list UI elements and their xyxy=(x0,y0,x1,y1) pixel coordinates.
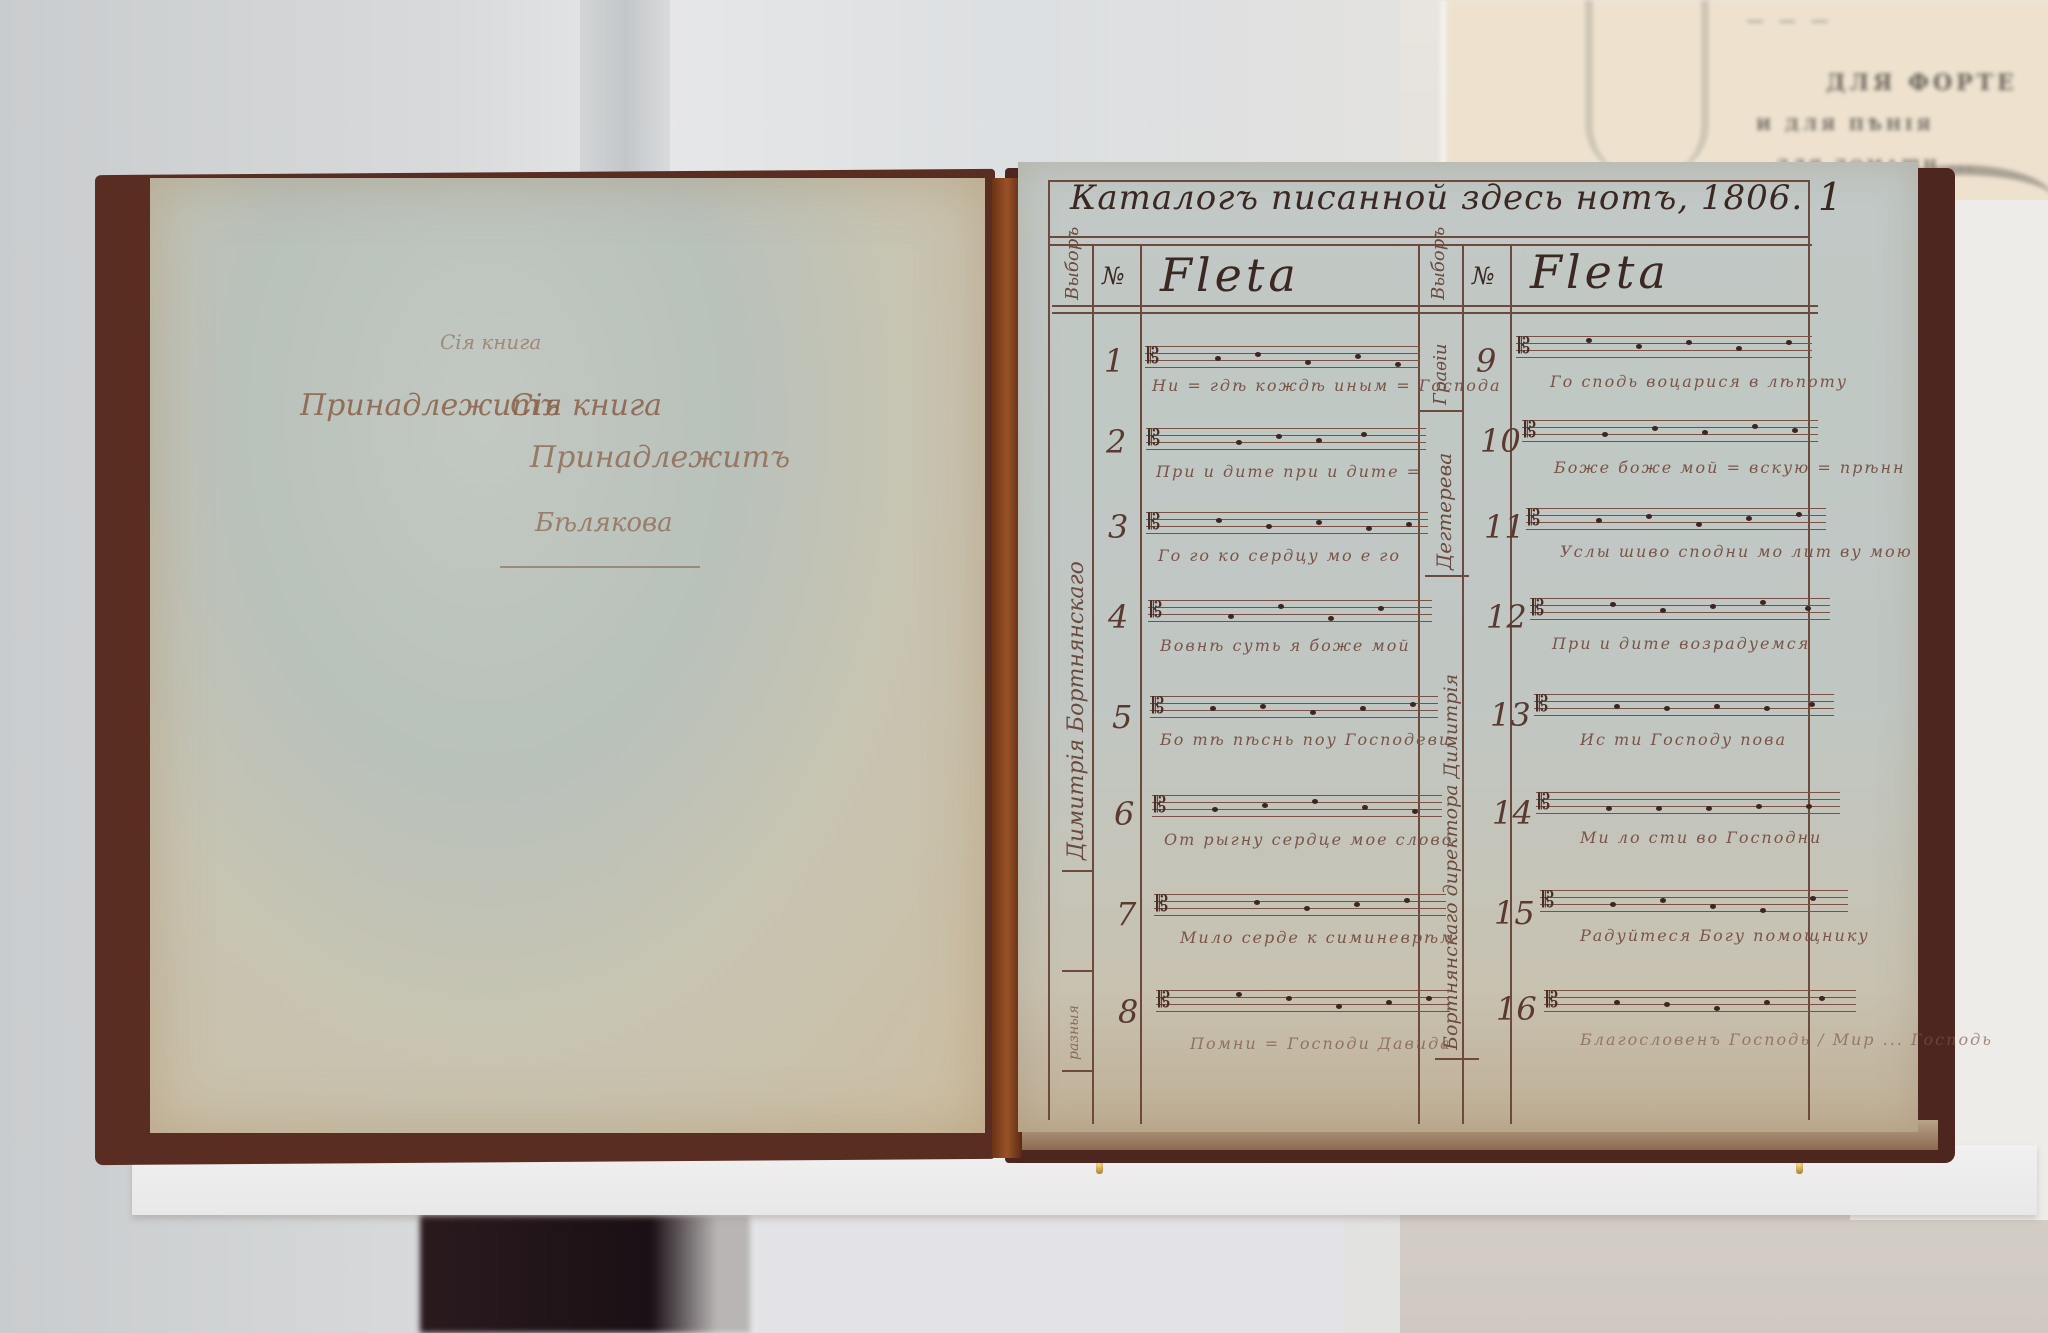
choice-cell-rule xyxy=(1062,970,1094,972)
header-number-label-2: № xyxy=(1472,262,1495,290)
display-pedestal xyxy=(758,1215,1344,1333)
misc-vertical-label: разныя xyxy=(1066,1005,1082,1060)
entry-number: 1 xyxy=(1104,342,1124,380)
entry-number: 15 xyxy=(1494,894,1535,932)
entry-number: 13 xyxy=(1490,696,1531,734)
number-col-rule xyxy=(1140,244,1142,1124)
music-staff: 𝄡 xyxy=(1148,600,1432,628)
clef-icon: 𝄡 xyxy=(1524,418,1536,443)
signature-underline xyxy=(500,566,700,568)
music-staff: 𝄡 xyxy=(1544,990,1856,1018)
left-page: Сія книга Принадлежитъ Сія книга Принадл… xyxy=(150,178,985,1133)
music-staff: 𝄡 xyxy=(1530,598,1830,626)
clef-icon: 𝄡 xyxy=(1152,694,1164,719)
poster-line: — — — xyxy=(1746,10,1833,31)
music-staff: 𝄡 xyxy=(1150,696,1438,724)
inscription-line: Бѣлякова xyxy=(535,508,673,538)
entry-lyric: Ни = гдѣ кождѣ иным = Господа xyxy=(1152,376,1502,395)
entry-number: 4 xyxy=(1108,598,1128,636)
clef-icon: 𝄡 xyxy=(1546,988,1558,1013)
poster-line: ДЛЯ ФОРТЕ xyxy=(1826,70,2018,96)
clef-icon: 𝄡 xyxy=(1536,692,1548,717)
entry-lyric: Благословенъ Господь / Мир ... Господь xyxy=(1580,1030,1993,1049)
header-bottom-rule xyxy=(1052,305,1818,307)
entry-number: 8 xyxy=(1118,993,1138,1031)
entry-number: 2 xyxy=(1106,423,1126,461)
clef-icon: 𝄡 xyxy=(1528,506,1540,531)
clef-icon: 𝄡 xyxy=(1518,334,1530,359)
entry-number: 7 xyxy=(1116,895,1136,933)
entry-number: 12 xyxy=(1486,598,1527,636)
choice-cell-rule xyxy=(1425,575,1469,577)
inscription-line: Сія книга xyxy=(440,330,541,354)
choice-cell-rule xyxy=(1062,1070,1094,1072)
header-choice-label-2: Выборъ xyxy=(1428,227,1449,300)
music-staff: 𝄡 xyxy=(1540,890,1848,918)
header-bottom-rule-2 xyxy=(1052,312,1818,314)
entry-number: 14 xyxy=(1492,794,1533,832)
music-staff: 𝄡 xyxy=(1516,336,1812,364)
entry-lyric: При и дите при и дите = xyxy=(1156,462,1422,481)
music-staff: 𝄡 xyxy=(1146,428,1426,456)
entry-number: 9 xyxy=(1476,342,1496,380)
entry-lyric: Ис ти Господу пова xyxy=(1580,730,1787,749)
header-voice-label: Flеta xyxy=(1160,248,1300,302)
music-staff: 𝄡 xyxy=(1522,420,1818,448)
entry-lyric: Боже боже мой = вскую = прѣнн xyxy=(1554,458,1906,477)
choice-cell-rule xyxy=(1435,1058,1479,1060)
music-staff: 𝄡 xyxy=(1534,694,1834,722)
choice-cell-rule xyxy=(1420,410,1464,412)
clef-icon: 𝄡 xyxy=(1532,596,1544,621)
clef-icon: 𝄡 xyxy=(1148,510,1160,535)
header-choice-label: Выборъ xyxy=(1062,227,1083,300)
header-voice-label-2: Flеta xyxy=(1530,245,1670,299)
entry-number: 3 xyxy=(1108,508,1128,546)
entry-lyric: Вовнѣ суть я боже мой xyxy=(1160,636,1411,655)
frame-left-rule xyxy=(1048,180,1050,1120)
music-staff: 𝄡 xyxy=(1154,894,1446,922)
entry-lyric: Ми ло сти во Господни xyxy=(1580,828,1822,847)
clef-icon: 𝄡 xyxy=(1154,793,1166,818)
inscription-line: Сія книга xyxy=(510,388,662,423)
catalog-title: Каталогъ писанной здесь нотъ, 1806. xyxy=(1070,178,1803,218)
entry-number: 6 xyxy=(1114,795,1134,833)
entry-number: 11 xyxy=(1484,508,1525,546)
music-staff: 𝄡 xyxy=(1156,990,1450,1018)
choice-cell-rule xyxy=(1062,870,1094,872)
entry-lyric: При и дите возрадуемся xyxy=(1552,634,1810,653)
entry-number: 10 xyxy=(1480,422,1521,460)
entry-lyric: Го го ко сердцу мо е го xyxy=(1158,546,1401,565)
entry-lyric: Мило серде к симиневрѣм xyxy=(1180,928,1455,947)
clef-icon: 𝄡 xyxy=(1156,892,1168,917)
entry-lyric: Помни = Господи Давида xyxy=(1190,1034,1452,1053)
music-staff: 𝄡 xyxy=(1146,512,1428,540)
clef-icon: 𝄡 xyxy=(1538,790,1550,815)
entry-lyric: От рыгну сердце мое слово xyxy=(1164,830,1453,849)
poster-line: И ДЛЯ ПѢНІЯ xyxy=(1756,115,1935,134)
inscription-line: Принадлежитъ xyxy=(530,440,790,475)
clef-icon: 𝄡 xyxy=(1150,598,1162,623)
music-staff: 𝄡 xyxy=(1152,795,1442,823)
degterev-vertical-label: Дегтерева xyxy=(1432,453,1456,570)
clef-icon: 𝄡 xyxy=(1542,888,1554,913)
music-staff: 𝄡 xyxy=(1536,792,1840,820)
entry-number: 5 xyxy=(1112,698,1132,736)
entry-lyric: Бо тѣ пѣснь поу Господеви xyxy=(1160,730,1451,749)
clef-icon: 𝄡 xyxy=(1147,344,1159,369)
clef-icon: 𝄡 xyxy=(1148,426,1160,451)
clef-icon: 𝄡 xyxy=(1158,988,1170,1013)
choice-col-rule xyxy=(1092,244,1094,1124)
entry-lyric: Го сподь воцарися в лѣпоту xyxy=(1550,372,1848,391)
page-number: 1 xyxy=(1818,175,1842,219)
music-staff: 𝄡 xyxy=(1145,346,1420,374)
background-dark-object xyxy=(420,1215,750,1333)
graphic-vertical-label: Граѳіи xyxy=(1430,344,1451,405)
composer-vertical-label: Димитрія Бортнянскаго xyxy=(1064,561,1089,860)
entry-lyric: Услы шиво сподни мо лит ву мою xyxy=(1560,542,1913,561)
entry-number: 16 xyxy=(1496,990,1537,1028)
music-staff: 𝄡 xyxy=(1526,508,1826,536)
header-number-label: № xyxy=(1102,262,1125,290)
lyre-ornament-icon xyxy=(1586,0,1708,175)
entry-lyric: Радуйтеся Богу помощнику xyxy=(1580,926,1870,945)
